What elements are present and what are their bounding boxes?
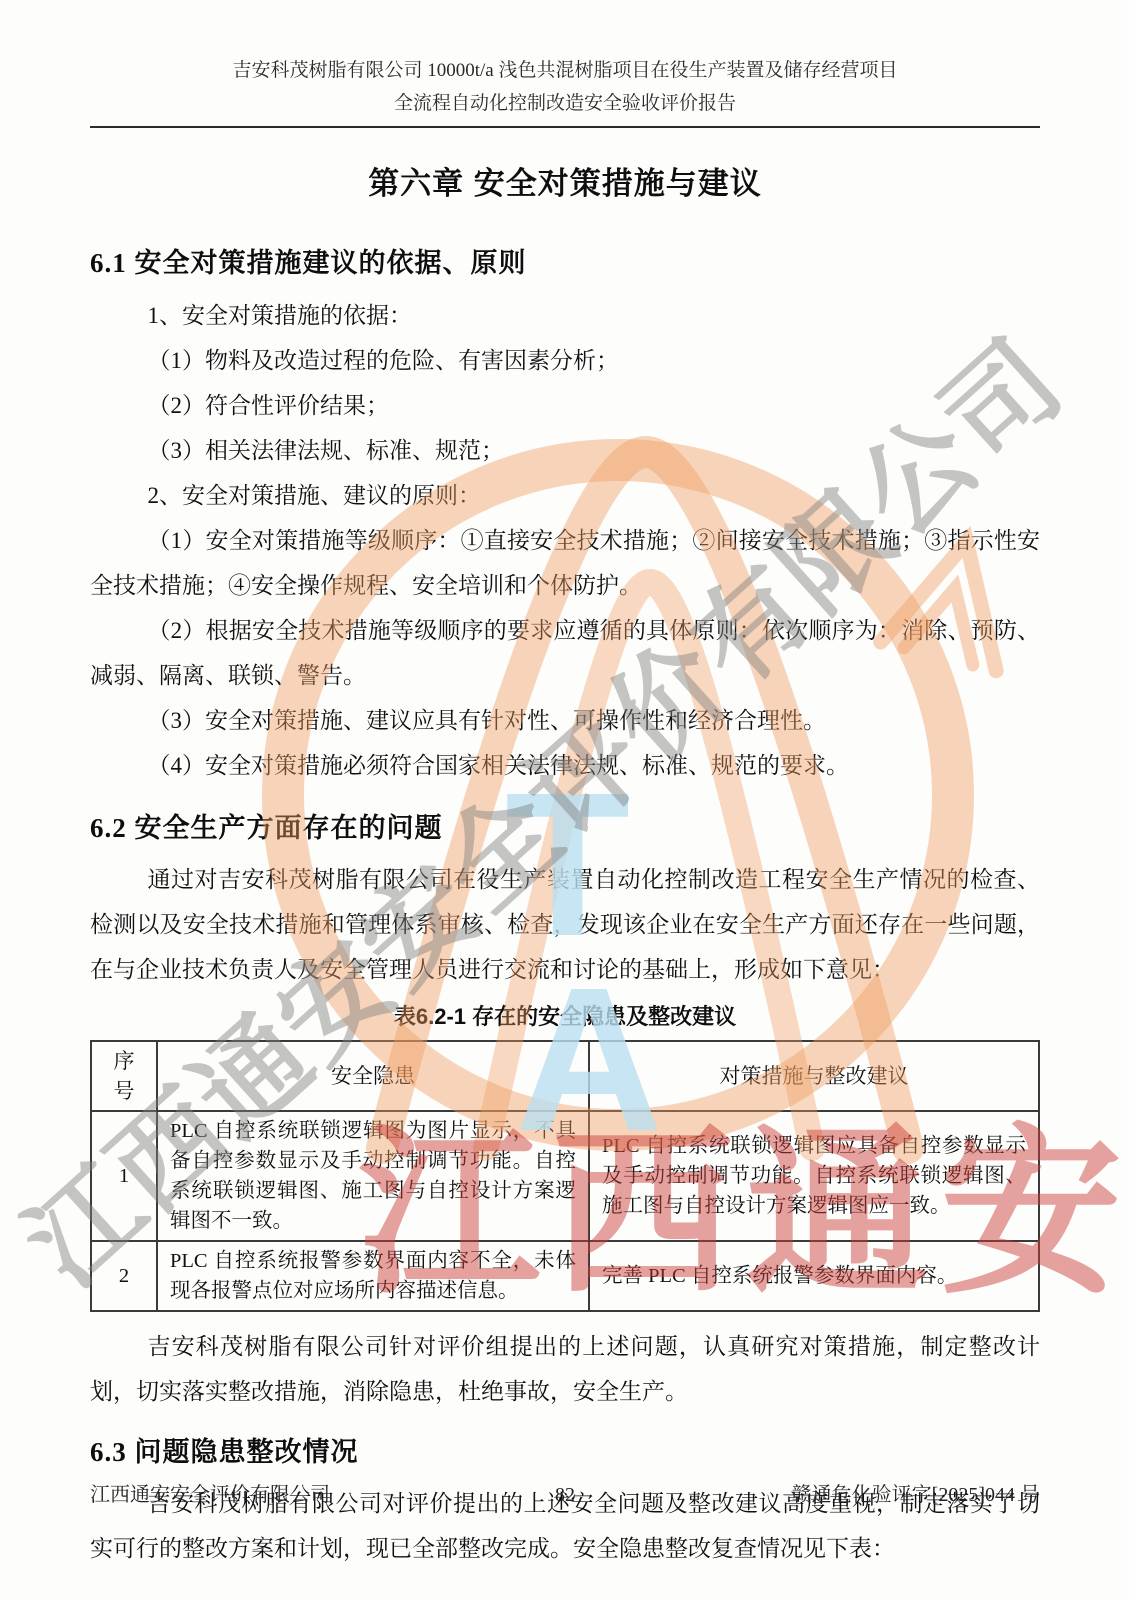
header-line-2: 全流程自动化控制改造安全验收评价报告: [90, 87, 1040, 120]
hazard-cell: PLC 自控系统报警参数界面内容不全，未体现各报警点位对应场所内容描述信息。: [157, 1241, 589, 1311]
measure-cell: 完善 PLC 自控系统报警参数界面内容。: [589, 1241, 1039, 1311]
list-item: （2）根据安全技术措施等级顺序的要求应遵循的具体原则：依次顺序为：消除、预防、减…: [90, 608, 1040, 698]
table-row: 2 PLC 自控系统报警参数界面内容不全，未体现各报警点位对应场所内容描述信息。…: [91, 1241, 1039, 1311]
chapter-title: 第六章 安全对策措施与建议: [90, 158, 1040, 203]
list-item: 2、安全对策措施、建议的原则：: [90, 473, 1040, 518]
hazard-cell: PLC 自控系统联锁逻辑图为图片显示，不具备自控参数显示及手动控制调节功能。自控…: [157, 1111, 589, 1241]
row-number: 2: [91, 1241, 157, 1311]
section-6-1-body: 1、安全对策措施的依据： （1）物料及改造过程的危险、有害因素分析； （2）符合…: [90, 293, 1040, 788]
list-item: （4）安全对策措施必须符合国家相关法律法规、标准、规范的要求。: [90, 743, 1040, 788]
col-header-hazard: 安全隐患: [157, 1041, 589, 1111]
page-header: 吉安科茂树脂有限公司 10000t/a 浅色共混树脂项目在役生产装置及储存经营项…: [90, 54, 1040, 128]
table-row: 1 PLC 自控系统联锁逻辑图为图片显示，不具备自控参数显示及手动控制调节功能。…: [91, 1111, 1039, 1241]
report-page: 吉安科茂树脂有限公司 10000t/a 浅色共混树脂项目在役生产装置及储存经营项…: [0, 0, 1129, 1600]
footer-page-number: 82: [555, 1484, 575, 1507]
table-caption: 表6.2-1 存在的安全隐患及整改建议: [90, 1000, 1040, 1031]
row-number: 1: [91, 1111, 157, 1241]
section-6-3-heading: 6.3 问题隐患整改情况: [90, 1430, 1040, 1469]
section-6-1-heading: 6.1 安全对策措施建议的依据、原则: [90, 241, 1040, 280]
list-item: （1）物料及改造过程的危险、有害因素分析；: [90, 338, 1040, 383]
list-item: （3）安全对策措施、建议应具有针对性、可操作性和经济合理性。: [90, 698, 1040, 743]
section-6-2-paragraph: 通过对吉安科茂树脂有限公司在役生产装置自动化控制改造工程安全生产情况的检查、检测…: [90, 857, 1040, 992]
section-6-2-heading: 6.2 安全生产方面存在的问题: [90, 806, 1040, 845]
page-footer: 江西通安安全评价有限公司 82 赣通危化验评字[2025]044 号: [90, 1478, 1040, 1507]
col-header-no: 序号: [91, 1041, 157, 1111]
page-content: 吉安科茂树脂有限公司 10000t/a 浅色共混树脂项目在役生产装置及储存经营项…: [90, 54, 1040, 1571]
header-line-1: 吉安科茂树脂有限公司 10000t/a 浅色共混树脂项目在役生产装置及储存经营项…: [90, 54, 1040, 87]
header-divider: [90, 126, 1040, 128]
list-item: （2）符合性评价结果；: [90, 383, 1040, 428]
footer-company: 江西通安安全评价有限公司: [90, 1478, 555, 1507]
table-header-row: 序号 安全隐患 对策措施与整改建议: [91, 1041, 1039, 1111]
hazard-table: 序号 安全隐患 对策措施与整改建议 1 PLC 自控系统联锁逻辑图为图片显示，不…: [90, 1040, 1040, 1312]
section-6-2-closing-paragraph: 吉安科茂树脂有限公司针对评价组提出的上述问题，认真研究对策措施，制定整改计划，切…: [90, 1324, 1040, 1414]
list-item: 1、安全对策措施的依据：: [90, 293, 1040, 338]
list-item: （1）安全对策措施等级顺序：①直接安全技术措施；②间接安全技术措施；③指示性安全…: [90, 518, 1040, 608]
list-item: （3）相关法律法规、标准、规范；: [90, 428, 1040, 473]
measure-cell: PLC 自控系统联锁逻辑图应具备自控参数显示及手动控制调节功能。自控系统联锁逻辑…: [589, 1111, 1039, 1241]
col-header-measure: 对策措施与整改建议: [589, 1041, 1039, 1111]
footer-doc-number: 赣通危化验评字[2025]044 号: [575, 1478, 1040, 1507]
